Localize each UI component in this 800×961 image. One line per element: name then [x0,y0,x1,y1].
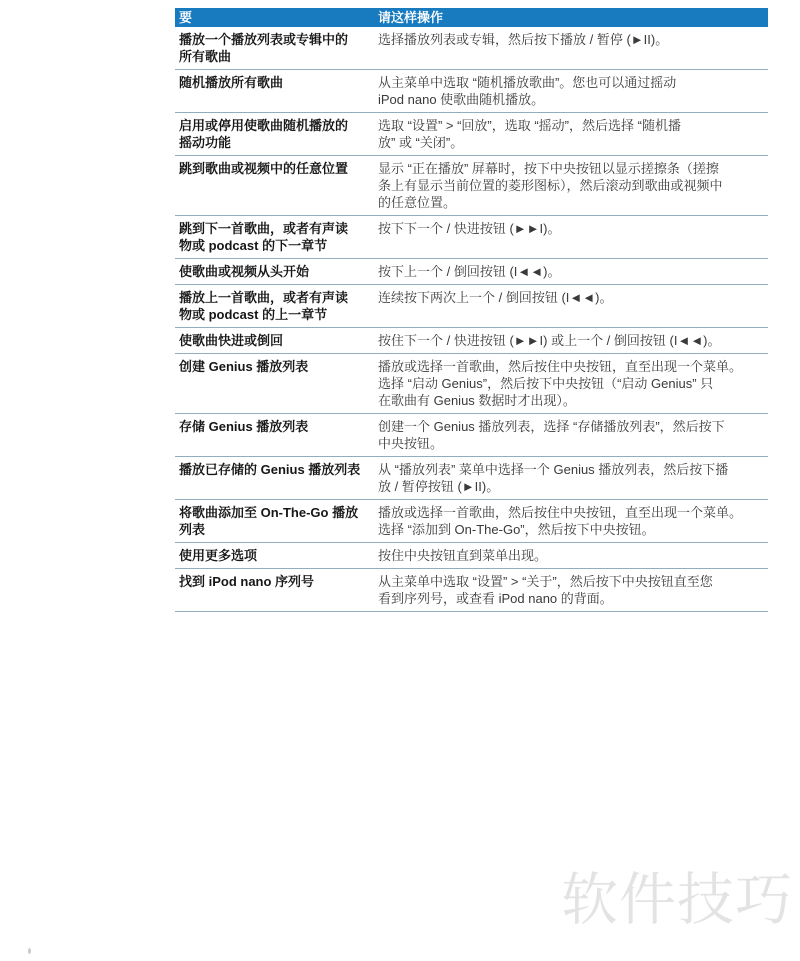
action-cell: 选择播放列表或专辑，然后按下播放 / 暂停 (►II)。 [378,31,768,65]
task-cell: 使用更多选项 [175,547,378,564]
table-row: 找到 iPod nano 序列号 从主菜单中选取 “设置” > “关于”，然后按… [175,569,768,612]
action-cell: 按住中央按钮直到菜单出现。 [378,547,768,564]
task-cell: 跳到下一首歌曲，或者有声读 物或 podcast 的下一章节 [175,220,378,254]
action-cell: 按下上一个 / 倒回按钮 (I◄◄)。 [378,263,768,280]
action-cell: 连续按下两次上一个 / 倒回按钮 (I◄◄)。 [378,289,768,323]
task-cell: 使歌曲快进或倒回 [175,332,378,349]
table-row: 跳到下一首歌曲，或者有声读 物或 podcast 的下一章节 按下下一个 / 快… [175,216,768,259]
table-row: 存储 Genius 播放列表 创建一个 Genius 播放列表，选择 “存储播放… [175,414,768,457]
table-header-row: 要 请这样操作 [175,8,768,27]
task-cell: 存储 Genius 播放列表 [175,418,378,452]
document-page: 要 请这样操作 播放一个播放列表或专辑中的 所有歌曲 选择播放列表或专辑，然后按… [0,0,800,961]
action-cell: 从主菜单中选取 “随机播放歌曲”。您也可以通过摇动 iPod nano 使歌曲随… [378,74,768,108]
table-row: 播放已存储的 Genius 播放列表 从 “播放列表” 菜单中选择一个 Geni… [175,457,768,500]
action-cell: 选取 “设置” > “回放”，选取 “摇动”，然后选择 “随机播 放” 或 “关… [378,117,768,151]
table-row: 随机播放所有歌曲 从主菜单中选取 “随机播放歌曲”。您也可以通过摇动 iPod … [175,70,768,113]
instructions-table: 要 请这样操作 播放一个播放列表或专辑中的 所有歌曲 选择播放列表或专辑，然后按… [175,8,768,612]
task-cell: 将歌曲添加至 On-The-Go 播放 列表 [175,504,378,538]
task-cell: 创建 Genius 播放列表 [175,358,378,409]
action-cell: 播放或选择一首歌曲，然后按住中央按钮，直至出现一个菜单。 选择 “添加到 On-… [378,504,768,538]
table-row: 播放一个播放列表或专辑中的 所有歌曲 选择播放列表或专辑，然后按下播放 / 暂停… [175,27,768,70]
task-cell: 播放一个播放列表或专辑中的 所有歌曲 [175,31,378,65]
table-row: 创建 Genius 播放列表 播放或选择一首歌曲，然后按住中央按钮，直至出现一个… [175,354,768,414]
table-row: 跳到歌曲或视频中的任意位置 显示 “正在播放” 屏幕时，按下中央按钮以显示搓擦条… [175,156,768,216]
task-cell: 跳到歌曲或视频中的任意位置 [175,160,378,211]
column-header-task: 要 [175,8,378,27]
action-cell: 播放或选择一首歌曲，然后按住中央按钮，直至出现一个菜单。 选择 “启动 Geni… [378,358,768,409]
table-row: 使歌曲快进或倒回 按住下一个 / 快进按钮 (►►I) 或上一个 / 倒回按钮 … [175,328,768,354]
action-cell: 创建一个 Genius 播放列表，选择 “存储播放列表”，然后按下 中央按钮。 [378,418,768,452]
column-header-action: 请这样操作 [378,8,768,27]
action-cell: 显示 “正在播放” 屏幕时，按下中央按钮以显示搓擦条（搓擦 条上有显示当前位置的… [378,160,768,211]
task-cell: 使歌曲或视频从头开始 [175,263,378,280]
task-cell: 随机播放所有歌曲 [175,74,378,108]
table-row: 使歌曲或视频从头开始 按下上一个 / 倒回按钮 (I◄◄)。 [175,259,768,285]
table-row: 播放上一首歌曲，或者有声读 物或 podcast 的上一章节 连续按下两次上一个… [175,285,768,328]
task-cell: 播放已存储的 Genius 播放列表 [175,461,378,495]
scan-artifact-dot [28,948,31,954]
action-cell: 从 “播放列表” 菜单中选择一个 Genius 播放列表，然后按下播 放 / 暂… [378,461,768,495]
task-cell: 启用或停用使歌曲随机播放的 摇动功能 [175,117,378,151]
watermark-text: 软件技巧 [561,869,793,932]
action-cell: 按住下一个 / 快进按钮 (►►I) 或上一个 / 倒回按钮 (I◄◄)。 [378,332,768,349]
task-cell: 找到 iPod nano 序列号 [175,573,378,607]
table-row: 将歌曲添加至 On-The-Go 播放 列表 播放或选择一首歌曲，然后按住中央按… [175,500,768,543]
table-row: 启用或停用使歌曲随机播放的 摇动功能 选取 “设置” > “回放”，选取 “摇动… [175,113,768,156]
table-row: 使用更多选项 按住中央按钮直到菜单出现。 [175,543,768,569]
action-cell: 从主菜单中选取 “设置” > “关于”，然后按下中央按钮直至您 看到序列号，或查… [378,573,768,607]
task-cell: 播放上一首歌曲，或者有声读 物或 podcast 的上一章节 [175,289,378,323]
action-cell: 按下下一个 / 快进按钮 (►►I)。 [378,220,768,254]
